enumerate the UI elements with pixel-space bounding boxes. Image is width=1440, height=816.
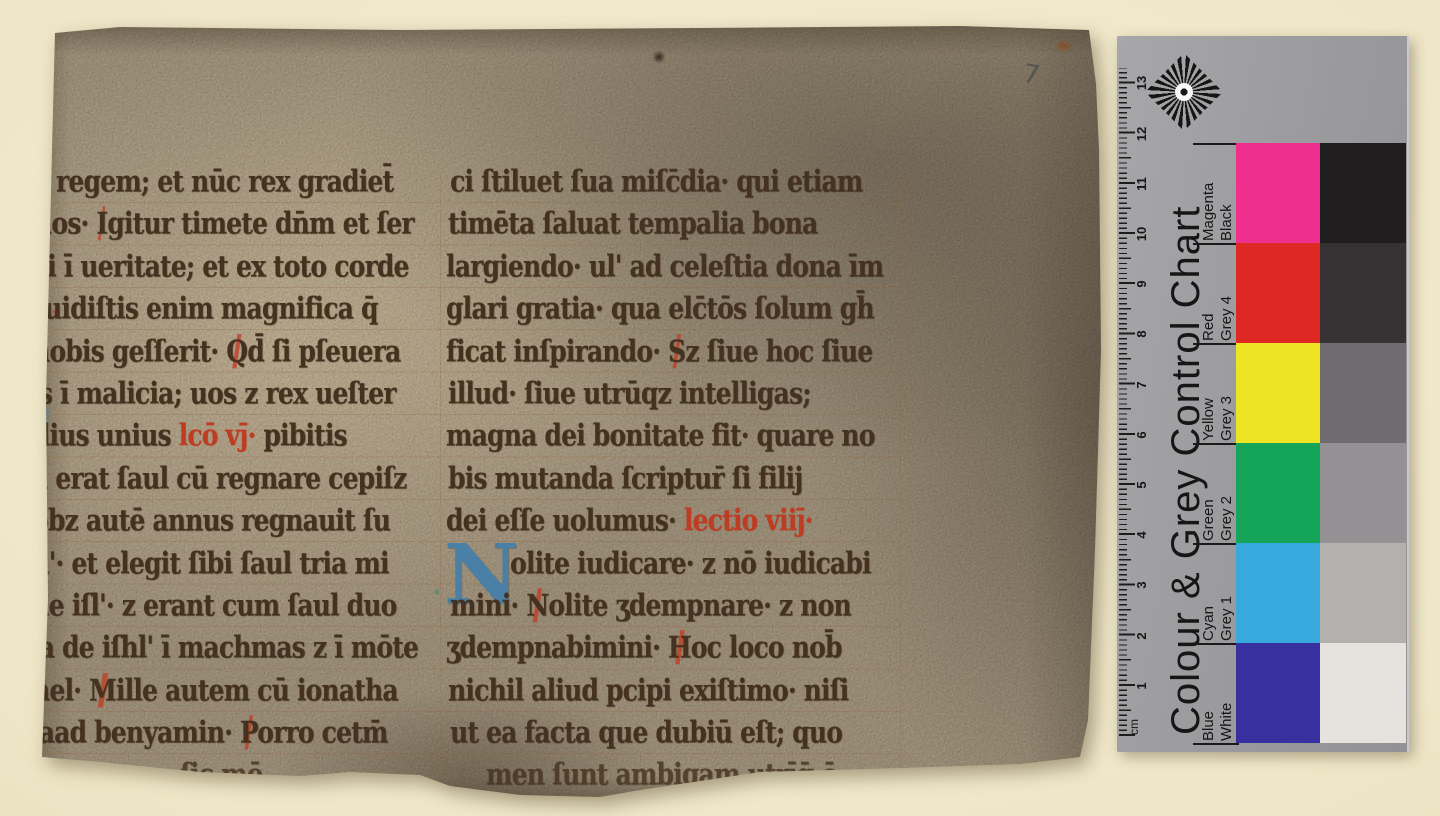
manuscript-text: z ſiue hoc ſiue <box>685 334 872 368</box>
manuscript-text: d̄ ſi pſeuera <box>247 334 400 368</box>
manuscript-text: uos· <box>34 207 96 241</box>
ruler-number: 2 <box>1133 623 1151 649</box>
label-cyan: Cyan <box>1199 545 1219 641</box>
manuscript-text: ut ea facta que dubiū eſt; quo <box>450 715 842 749</box>
manuscript-text: illud· ſiue utrūqz intelligas; <box>448 376 811 410</box>
ruler-number: 8 <box>1133 321 1151 347</box>
manuscript-text: regem; et nūc rex gradiet̄ <box>56 164 393 198</box>
label-grey-4: Grey 4 <box>1217 245 1237 341</box>
label-red: Red <box>1199 245 1219 341</box>
swatch-yellow <box>1236 343 1320 443</box>
manuscript-text: dei eſſe uolumus· <box>446 503 684 537</box>
swatch-green <box>1236 443 1320 543</box>
swatch-grey-4 <box>1320 243 1406 343</box>
manuscript-text-line: men ſunt ambigam utrīq̄ c̄ <box>446 758 916 808</box>
manuscript-text: bis mutanda ſcriptur̄ ſi filij <box>448 461 802 495</box>
ruler-number: 7 <box>1133 372 1151 398</box>
label-yellow: Yellow <box>1199 345 1219 441</box>
rubric-text: lcō vj̄· <box>179 419 256 453</box>
manuscript-text: Q <box>226 334 247 368</box>
manuscript-text: ſl'· et elegit ſibi ſaul tria mi <box>30 546 389 580</box>
manuscript-text: is ī malicia; uos z rex ueſter <box>30 376 396 410</box>
manuscript-text: N <box>526 588 548 622</box>
ruler-number: 4 <box>1133 522 1151 548</box>
manuscript-column-left: regem; et nūc rex gradiet̄uos· Igitur ti… <box>30 168 460 804</box>
label-grey-3: Grey 3 <box>1217 345 1237 441</box>
label-black: Black <box>1217 145 1237 241</box>
label-blue: Blue <box>1199 645 1219 741</box>
manuscript-text: ficat inſpirando· <box>446 334 668 368</box>
label-white: White <box>1217 645 1237 741</box>
manuscript-text: ia de iſhl' ī machmas z ī mōte <box>30 630 418 664</box>
manuscript-leaf: regem; et nūc rex gradiet̄uos· Igitur ti… <box>38 24 1110 800</box>
manuscript-text: orro cetm̄ <box>257 715 387 749</box>
manuscript-text: u erat ſaul cū regnare cepiſz <box>30 461 406 495</box>
manuscript-text: de iſl'· z erant cum ſaul duo <box>32 588 397 622</box>
manuscript-text: gitur timete dn̄m et ſer <box>107 207 414 241</box>
swatch-white <box>1320 643 1406 743</box>
ruler-number: 5 <box>1133 472 1151 498</box>
manuscript-text: ei ī ueritate; et ex toto corde <box>32 249 409 283</box>
manuscript-text: P <box>240 715 257 749</box>
label-magenta: Magenta <box>1199 145 1219 241</box>
manuscript-text: ci ſtiluet ſua miſc̄dia· qui etiam <box>450 164 862 198</box>
label-green: Green <box>1199 445 1219 541</box>
manuscript-text: hel· <box>32 673 89 707</box>
manuscript-text: nobis geſſerit· <box>32 334 226 368</box>
manuscript-text: oc loco nob̄ <box>691 630 842 664</box>
manuscript-text: laad benyamin· <box>30 715 240 749</box>
manuscript-column-right: N ci ſtiluet ſua miſc̄dia· qui etiamtimē… <box>446 168 916 804</box>
manuscript-text-line: ſic mō <box>30 758 460 808</box>
control-chart-wrapper: 1 2 3 4 5 6 7 8 9 10 11 12 13 cm Colour … <box>1117 36 1409 752</box>
manuscript-text: pibitis <box>255 419 346 453</box>
swatch-magenta <box>1236 143 1320 243</box>
colour-swatch-grid <box>1236 143 1406 743</box>
manuscript-text: timēta ſaluat tempalia bona <box>448 207 817 241</box>
manuscript-text: ſic mō <box>180 758 263 792</box>
ruler-number: 12 <box>1133 121 1151 147</box>
manuscript-text: largiendo· ul' ad celeſtia dona īm <box>446 249 883 283</box>
manuscript-text: M <box>89 673 116 707</box>
swatch-blue <box>1236 643 1320 743</box>
manuscript-leaf-wrapper: regem; et nūc rex gradiet̄uos· Igitur ti… <box>38 24 1110 800</box>
manuscript-text: glari gratia· qua elc̄tōs ſolum gh̄ <box>446 291 874 325</box>
colour-control-chart: 1 2 3 4 5 6 7 8 9 10 11 12 13 cm Colour … <box>1117 36 1409 752</box>
manuscript-text: ʒdempnabimini· <box>446 630 668 664</box>
ruler-number: 9 <box>1133 271 1151 297</box>
manuscript-text: olite iudicare· z nō iudicabi <box>510 546 871 580</box>
ruler-number: 11 <box>1133 171 1151 197</box>
manuscript-text: olite ʒdempnare· z non <box>548 588 851 622</box>
manuscript-text: obz autē annus regnauit ſu <box>32 503 390 537</box>
photographed-manuscript-scene: regem; et nūc rex gradiet̄uos· Igitur ti… <box>0 0 1440 816</box>
swatch-grey-3 <box>1320 343 1406 443</box>
swatch-black <box>1320 143 1406 243</box>
rubric-text: lectio viij̄· <box>684 503 813 537</box>
manuscript-text: I <box>96 207 107 241</box>
swatch-red <box>1236 243 1320 343</box>
row-separator-line <box>1193 743 1239 745</box>
manuscript-text: ilius unius <box>32 419 179 453</box>
label-grey-1: Grey 1 <box>1217 545 1237 641</box>
ruler-unit-label: cm <box>1126 714 1142 740</box>
ruler-number: 1 <box>1133 673 1151 699</box>
manuscript-text: H <box>668 630 691 664</box>
ruler-number: 3 <box>1133 572 1151 598</box>
swatch-cyan <box>1236 543 1320 643</box>
ruler-number: 6 <box>1133 422 1151 448</box>
manuscript-text: mini· <box>450 588 526 622</box>
manuscript-text: S <box>668 334 685 368</box>
manuscript-text: magna dei bonitate fit· quare no <box>446 419 875 453</box>
starburst-center-icon <box>1175 83 1193 101</box>
swatch-grey-2 <box>1320 443 1406 543</box>
manuscript-text: nichil aliud pcipi exiſtimo· niſi <box>448 673 848 707</box>
label-grey-2: Grey 2 <box>1217 445 1237 541</box>
manuscript-text: men ſunt ambigam utrīq̄ c̄ <box>486 758 836 792</box>
manuscript-text: uidiſtis enim magnifica q̄ <box>44 291 378 325</box>
manuscript-text: ille autem cū ionatha <box>116 673 398 707</box>
swatch-grey-1 <box>1320 543 1406 643</box>
ruler-number: 10 <box>1133 221 1151 247</box>
